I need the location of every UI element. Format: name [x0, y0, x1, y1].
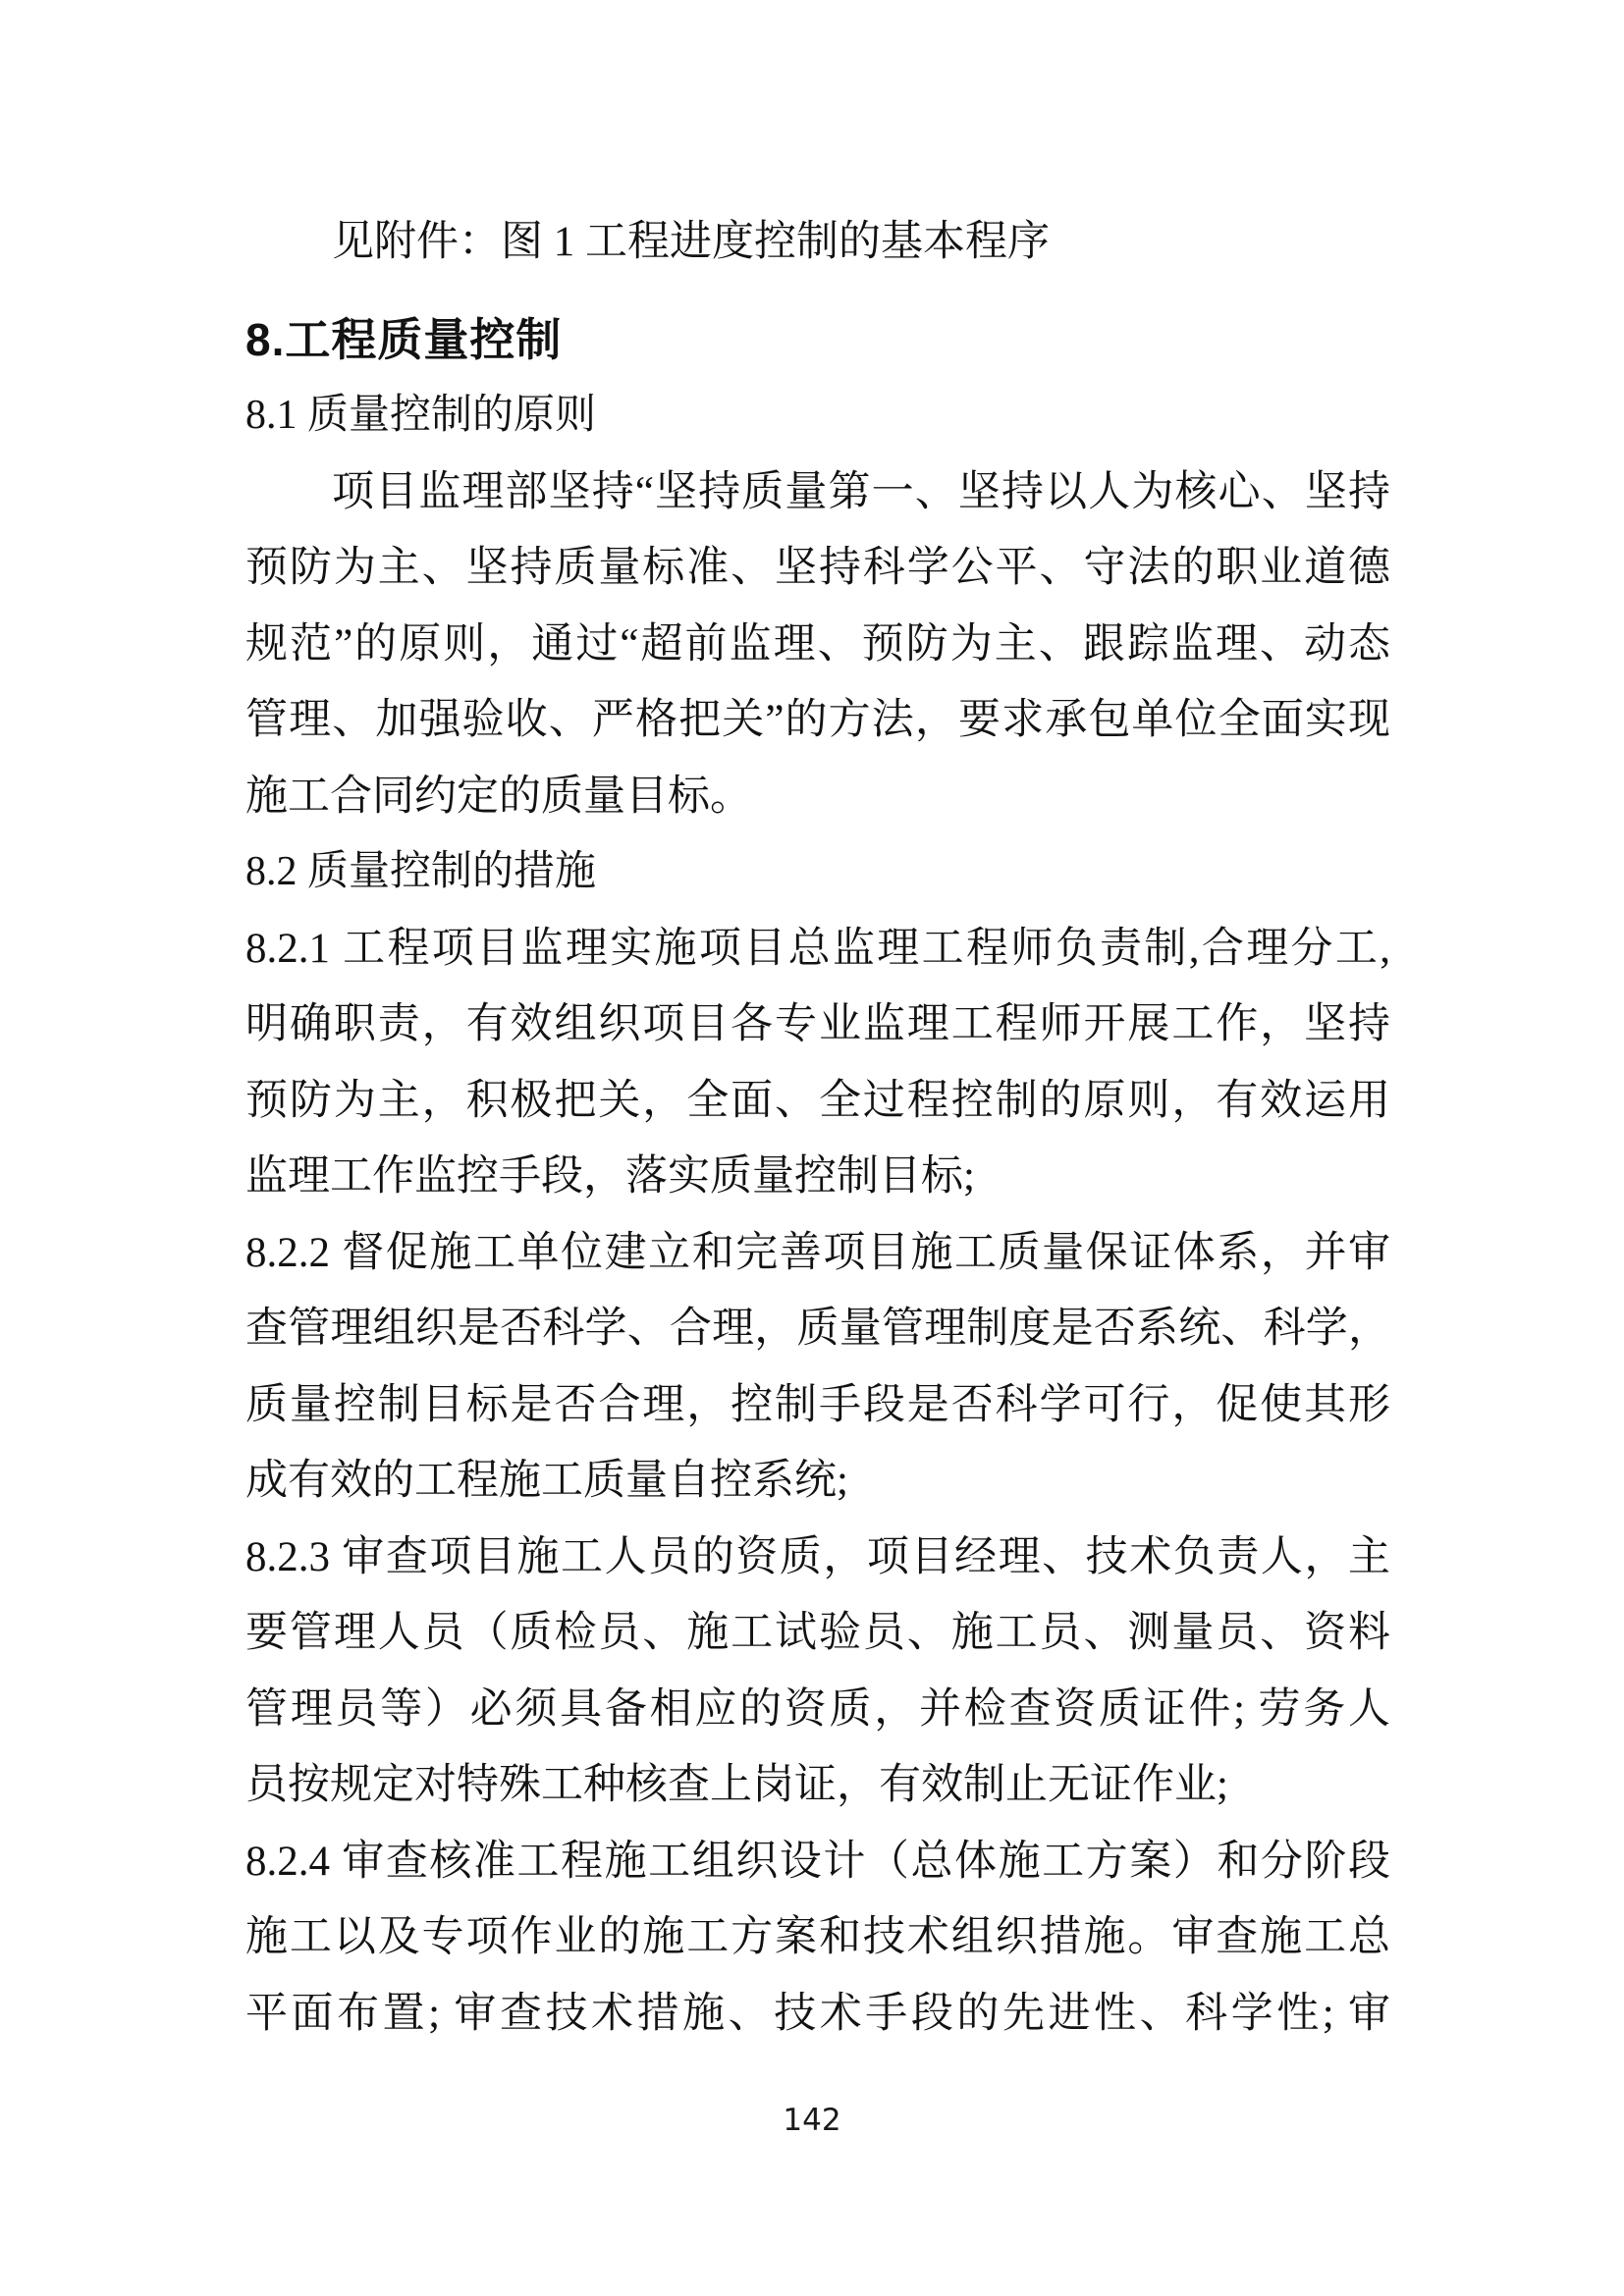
subsection-8-2-heading: 8.2 质量控制的措施: [245, 834, 1390, 911]
para-8-1-line-4: 管理、加强验收、严格把关”的方法，要求承包单位全面实现: [245, 682, 1390, 759]
para-8-1-line-2: 预防为主、坚持质量标准、坚持科学公平、守法的职业道德: [245, 530, 1390, 607]
page-number: 142: [0, 2103, 1624, 2138]
para-8-2-2-line-3: 质量控制目标是否合理，控制手段是否科学可行，促使其形: [245, 1367, 1390, 1444]
para-8-2-2-line-2: 查管理组织是否科学、合理，质量管理制度是否系统、科学，: [245, 1291, 1390, 1367]
para-8-2-3-line-1: 8.2.3 审查项目施工人员的资质，项目经理、技术负责人，主: [245, 1520, 1390, 1596]
attachment-note: 见附件：图 1 工程进度控制的基本程序: [245, 204, 1390, 281]
para-8-2-1-line-3: 预防为主，积极把关，全面、全过程控制的原则，有效运用: [245, 1063, 1390, 1140]
para-8-2-1-line-1: 8.2.1 工程项目监理实施项目总监理工程师负责制,合理分工,: [245, 911, 1390, 988]
para-8-2-2-line-4: 成有效的工程施工质量自控系统;: [245, 1443, 1390, 1520]
para-8-2-3-line-4: 员按规定对特殊工种核查上岗证，有效制止无证作业;: [245, 1747, 1390, 1824]
section-8-heading: 8.工程质量控制: [245, 302, 1390, 379]
para-8-2-2-line-1: 8.2.2 督促施工单位建立和完善项目施工质量保证体系，并审: [245, 1215, 1390, 1292]
para-8-2-4-line-3: 平面布置; 审查技术措施、技术手段的先进性、科学性; 审: [245, 1976, 1390, 2053]
para-8-2-4-line-1: 8.2.4 审查核准工程施工组织设计（总体施工方案）和分阶段: [245, 1824, 1390, 1900]
document-page: 见附件：图 1 工程进度控制的基本程序 8.工程质量控制 8.1 质量控制的原则…: [0, 0, 1624, 2296]
para-8-1-line-3: 规范”的原则，通过“超前监理、预防为主、跟踪监理、动态: [245, 607, 1390, 683]
para-8-2-4-line-2: 施工以及专项作业的施工方案和技术组织措施。审查施工总: [245, 1899, 1390, 1976]
para-8-2-1-line-4: 监理工作监控手段，落实质量控制目标;: [245, 1139, 1390, 1215]
para-8-2-3-line-3: 管理员等）必须具备相应的资质，并检查资质证件; 劳务人: [245, 1672, 1390, 1748]
para-8-1-line-1: 项目监理部坚持“坚持质量第一、坚持以人为核心、坚持: [245, 454, 1390, 531]
para-8-1-line-5: 施工合同约定的质量目标。: [245, 759, 1390, 835]
para-8-2-1-line-2: 明确职责，有效组织项目各专业监理工程师开展工作，坚持: [245, 987, 1390, 1063]
para-8-2-3-line-2: 要管理人员（质检员、施工试验员、施工员、测量员、资料: [245, 1595, 1390, 1672]
page-body: 见附件：图 1 工程进度控制的基本程序 8.工程质量控制 8.1 质量控制的原则…: [245, 204, 1390, 2052]
subsection-8-1-heading: 8.1 质量控制的原则: [245, 378, 1390, 454]
